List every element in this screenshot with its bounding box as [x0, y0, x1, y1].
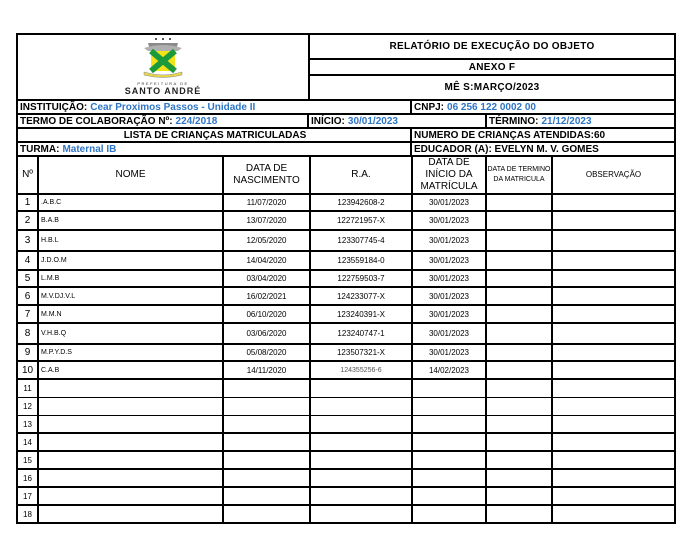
- table-row: 6M.V.DJ.V.L16/02/2021124233077-X30/01/20…: [16, 288, 676, 306]
- row-birth-date: 16/02/2021: [224, 288, 311, 304]
- row-observation: [553, 252, 674, 269]
- start-value: 30/01/2023: [348, 116, 398, 127]
- report-header: PREFEITURA DE SANTO ANDRÉ RELATÓRIO DE E…: [16, 33, 676, 99]
- row-end-date: [487, 416, 553, 432]
- row-name: C.A.B: [39, 362, 224, 378]
- row-birth-date: 06/10/2020: [224, 306, 311, 322]
- row-birth-date: [224, 416, 311, 432]
- month-label: MÊ S:MARÇO/2023: [310, 76, 674, 99]
- col-ra: R.A.: [311, 157, 413, 193]
- row-observation: [553, 506, 674, 522]
- table-row: 8V.H.B.Q03/06/2020123240747-130/01/2023: [16, 324, 676, 345]
- row-observation: [553, 345, 674, 360]
- col-start-date: DATA DE INÍCIO DA MATRÍCULA: [413, 157, 487, 193]
- logo-area: PREFEITURA DE SANTO ANDRÉ: [18, 35, 310, 99]
- row-name: L.M.B: [39, 271, 224, 286]
- row-ra: [311, 434, 413, 450]
- row-observation: [553, 398, 674, 415]
- cnpj-value: 06 256 122 0002 00: [447, 102, 536, 113]
- row-end-date: [487, 345, 553, 360]
- term-row: TERMO DE COLABORAÇÃO Nº: 224/2018 INÍCIO…: [16, 113, 676, 127]
- row-birth-date: [224, 380, 311, 397]
- col-number: Nº: [18, 157, 39, 193]
- row-start-date: [413, 452, 487, 468]
- row-ra: 123240747-1: [311, 324, 413, 343]
- institution-cell: INSTITUIÇÃO: Cear Proximos Passos - Unid…: [18, 101, 412, 113]
- table-row: 17: [16, 488, 676, 506]
- row-observation: [553, 488, 674, 504]
- table-body: 1.A.B.C11/07/2020123942608-230/01/20232B…: [16, 195, 676, 524]
- row-start-date: 30/01/2023: [413, 252, 487, 269]
- row-birth-date: 03/06/2020: [224, 324, 311, 343]
- row-ra: 123559184-0: [311, 252, 413, 269]
- start-label: INÍCIO:: [311, 116, 345, 127]
- row-start-date: 30/01/2023: [413, 195, 487, 210]
- row-ra: 122759503-7: [311, 271, 413, 286]
- row-birth-date: 12/05/2020: [224, 231, 311, 250]
- row-start-date: 30/01/2023: [413, 212, 487, 229]
- row-number: 12: [18, 398, 39, 415]
- title-block: RELATÓRIO DE EXECUÇÃO DO OBJETO ANEXO F …: [310, 35, 674, 99]
- row-observation: [553, 452, 674, 468]
- row-number: 8: [18, 324, 39, 343]
- row-birth-date: [224, 506, 311, 522]
- row-start-date: 30/01/2023: [413, 306, 487, 322]
- row-start-date: 30/01/2023: [413, 288, 487, 304]
- coat-of-arms-icon: [138, 38, 188, 80]
- col-observation: OBSERVAÇÃO: [553, 157, 674, 193]
- row-ra: [311, 488, 413, 504]
- row-end-date: [487, 252, 553, 269]
- institution-value: Cear Proximos Passos - Unidade II: [90, 102, 255, 113]
- row-birth-date: [224, 434, 311, 450]
- row-start-date: 30/01/2023: [413, 345, 487, 360]
- row-start-date: [413, 488, 487, 504]
- row-name: B.A.B: [39, 212, 224, 229]
- row-observation: [553, 212, 674, 229]
- col-name: NOME: [39, 157, 224, 193]
- row-ra: [311, 452, 413, 468]
- row-start-date: 30/01/2023: [413, 324, 487, 343]
- report-sheet: PREFEITURA DE SANTO ANDRÉ RELATÓRIO DE E…: [16, 33, 676, 524]
- row-start-date: [413, 434, 487, 450]
- row-number: 9: [18, 345, 39, 360]
- term-value: 224/2018: [176, 116, 218, 127]
- class-row: TURMA: Maternal IB EDUCADOR (A): EVELYN …: [16, 141, 676, 155]
- row-start-date: 30/01/2023: [413, 271, 487, 286]
- table-row: 11: [16, 380, 676, 398]
- row-birth-date: 03/04/2020: [224, 271, 311, 286]
- logo-caption: SANTO ANDRÉ: [125, 86, 202, 96]
- cnpj-label: CNPJ:: [414, 102, 444, 113]
- class-label: TURMA:: [20, 144, 59, 155]
- row-start-date: [413, 380, 487, 397]
- row-observation: [553, 434, 674, 450]
- row-start-date: [413, 398, 487, 415]
- row-name: [39, 452, 224, 468]
- row-number: 15: [18, 452, 39, 468]
- row-name: H.B.L: [39, 231, 224, 250]
- row-ra: 123507321-X: [311, 345, 413, 360]
- row-number: 3: [18, 231, 39, 250]
- row-observation: [553, 271, 674, 286]
- row-name: V.H.B.Q: [39, 324, 224, 343]
- row-observation: [553, 231, 674, 250]
- row-end-date: [487, 195, 553, 210]
- table-row: 4J.D.O.M14/04/2020123559184-030/01/2023: [16, 252, 676, 271]
- row-start-date: [413, 470, 487, 486]
- row-end-date: [487, 306, 553, 322]
- row-birth-date: [224, 452, 311, 468]
- row-number: 16: [18, 470, 39, 486]
- row-number: 17: [18, 488, 39, 504]
- row-birth-date: [224, 398, 311, 415]
- row-number: 5: [18, 271, 39, 286]
- row-observation: [553, 195, 674, 210]
- row-ra: [311, 416, 413, 432]
- row-ra: 123307745-4: [311, 231, 413, 250]
- list-title: LISTA DE CRIANÇAS MATRICULADAS: [18, 129, 412, 141]
- row-name: [39, 380, 224, 397]
- table-row: 9M.P.Y.D.S05/08/2020123507321-X30/01/202…: [16, 345, 676, 362]
- end-value: 21/12/2023: [541, 116, 591, 127]
- row-number: 10: [18, 362, 39, 378]
- row-name: [39, 434, 224, 450]
- row-end-date: [487, 488, 553, 504]
- row-birth-date: 11/07/2020: [224, 195, 311, 210]
- start-cell: INÍCIO: 30/01/2023: [309, 115, 487, 127]
- row-observation: [553, 288, 674, 304]
- row-end-date: [487, 452, 553, 468]
- row-end-date: [487, 434, 553, 450]
- row-start-date: [413, 506, 487, 522]
- row-start-date: [413, 416, 487, 432]
- row-number: 2: [18, 212, 39, 229]
- row-name: [39, 416, 224, 432]
- table-row: 2B.A.B13/07/2020122721957-X30/01/2023: [16, 212, 676, 231]
- institution-label: INSTITUIÇÃO:: [20, 102, 87, 113]
- table-row: 12: [16, 398, 676, 416]
- row-birth-date: 05/08/2020: [224, 345, 311, 360]
- row-ra: 124233077-X: [311, 288, 413, 304]
- row-number: 13: [18, 416, 39, 432]
- end-cell: TÉRMINO: 21/12/2023: [487, 115, 674, 127]
- row-end-date: [487, 288, 553, 304]
- row-ra: [311, 470, 413, 486]
- row-observation: [553, 380, 674, 397]
- table-row: 14: [16, 434, 676, 452]
- educator: EDUCADOR (A): EVELYN M. V. GOMES: [412, 143, 674, 155]
- table-row: 13: [16, 416, 676, 434]
- row-number: 6: [18, 288, 39, 304]
- table-row: 5L.M.B03/04/2020122759503-730/01/2023: [16, 271, 676, 288]
- row-name: [39, 488, 224, 504]
- row-ra: 123942608-2: [311, 195, 413, 210]
- row-observation: [553, 362, 674, 378]
- row-observation: [553, 470, 674, 486]
- row-number: 11: [18, 380, 39, 397]
- row-birth-date: [224, 488, 311, 504]
- row-name: M.V.DJ.V.L: [39, 288, 224, 304]
- row-birth-date: 14/11/2020: [224, 362, 311, 378]
- annex-label: ANEXO F: [310, 60, 674, 76]
- table-row: 15: [16, 452, 676, 470]
- col-end-date: DATA DE TERMINO DA MATRICULA: [487, 157, 553, 193]
- row-ra: 122721957-X: [311, 212, 413, 229]
- children-count: NUMERO DE CRIANÇAS ATENDIDAS:60: [412, 129, 674, 141]
- row-end-date: [487, 506, 553, 522]
- row-ra: 123240391-X: [311, 306, 413, 322]
- row-ra: 124355256-6: [311, 362, 413, 378]
- row-number: 1: [18, 195, 39, 210]
- row-number: 4: [18, 252, 39, 269]
- end-label: TÉRMINO:: [489, 116, 538, 127]
- row-birth-date: 14/04/2020: [224, 252, 311, 269]
- row-name: J.D.O.M: [39, 252, 224, 269]
- row-end-date: [487, 324, 553, 343]
- row-ra: [311, 380, 413, 397]
- row-name: M.P.Y.D.S: [39, 345, 224, 360]
- list-title-row: LISTA DE CRIANÇAS MATRICULADAS NUMERO DE…: [16, 127, 676, 141]
- row-name: .A.B.C: [39, 195, 224, 210]
- row-start-date: 30/01/2023: [413, 231, 487, 250]
- row-end-date: [487, 231, 553, 250]
- row-end-date: [487, 398, 553, 415]
- class-cell: TURMA: Maternal IB: [18, 143, 412, 155]
- row-start-date: 14/02/2023: [413, 362, 487, 378]
- row-number: 7: [18, 306, 39, 322]
- row-ra: [311, 398, 413, 415]
- col-birth-date: DATA DE NASCIMENTO: [224, 157, 311, 193]
- row-name: [39, 506, 224, 522]
- table-row: 7M.M.N06/10/2020123240391-X30/01/2023: [16, 306, 676, 324]
- report-title: RELATÓRIO DE EXECUÇÃO DO OBJETO: [310, 35, 674, 60]
- row-end-date: [487, 271, 553, 286]
- institution-row: INSTITUIÇÃO: Cear Proximos Passos - Unid…: [16, 99, 676, 113]
- row-observation: [553, 416, 674, 432]
- table-row: 18: [16, 506, 676, 524]
- table-header: Nº NOME DATA DE NASCIMENTO R.A. DATA DE …: [16, 155, 676, 195]
- row-ra: [311, 506, 413, 522]
- row-name: [39, 470, 224, 486]
- table-row: 1.A.B.C11/07/2020123942608-230/01/2023: [16, 195, 676, 212]
- santo-andre-logo: PREFEITURA DE SANTO ANDRÉ: [125, 38, 202, 96]
- cnpj-cell: CNPJ: 06 256 122 0002 00: [412, 101, 674, 113]
- row-number: 14: [18, 434, 39, 450]
- row-name: [39, 398, 224, 415]
- row-observation: [553, 306, 674, 322]
- term-cell: TERMO DE COLABORAÇÃO Nº: 224/2018: [18, 115, 309, 127]
- row-end-date: [487, 470, 553, 486]
- class-value: Maternal IB: [62, 144, 116, 155]
- row-end-date: [487, 362, 553, 378]
- row-end-date: [487, 212, 553, 229]
- table-row: 3H.B.L12/05/2020123307745-430/01/2023: [16, 231, 676, 252]
- row-end-date: [487, 380, 553, 397]
- term-label: TERMO DE COLABORAÇÃO Nº:: [20, 116, 173, 127]
- row-name: M.M.N: [39, 306, 224, 322]
- row-observation: [553, 324, 674, 343]
- table-row: 16: [16, 470, 676, 488]
- row-number: 18: [18, 506, 39, 522]
- row-birth-date: 13/07/2020: [224, 212, 311, 229]
- table-row: 10C.A.B14/11/2020124355256-614/02/2023: [16, 362, 676, 380]
- row-birth-date: [224, 470, 311, 486]
